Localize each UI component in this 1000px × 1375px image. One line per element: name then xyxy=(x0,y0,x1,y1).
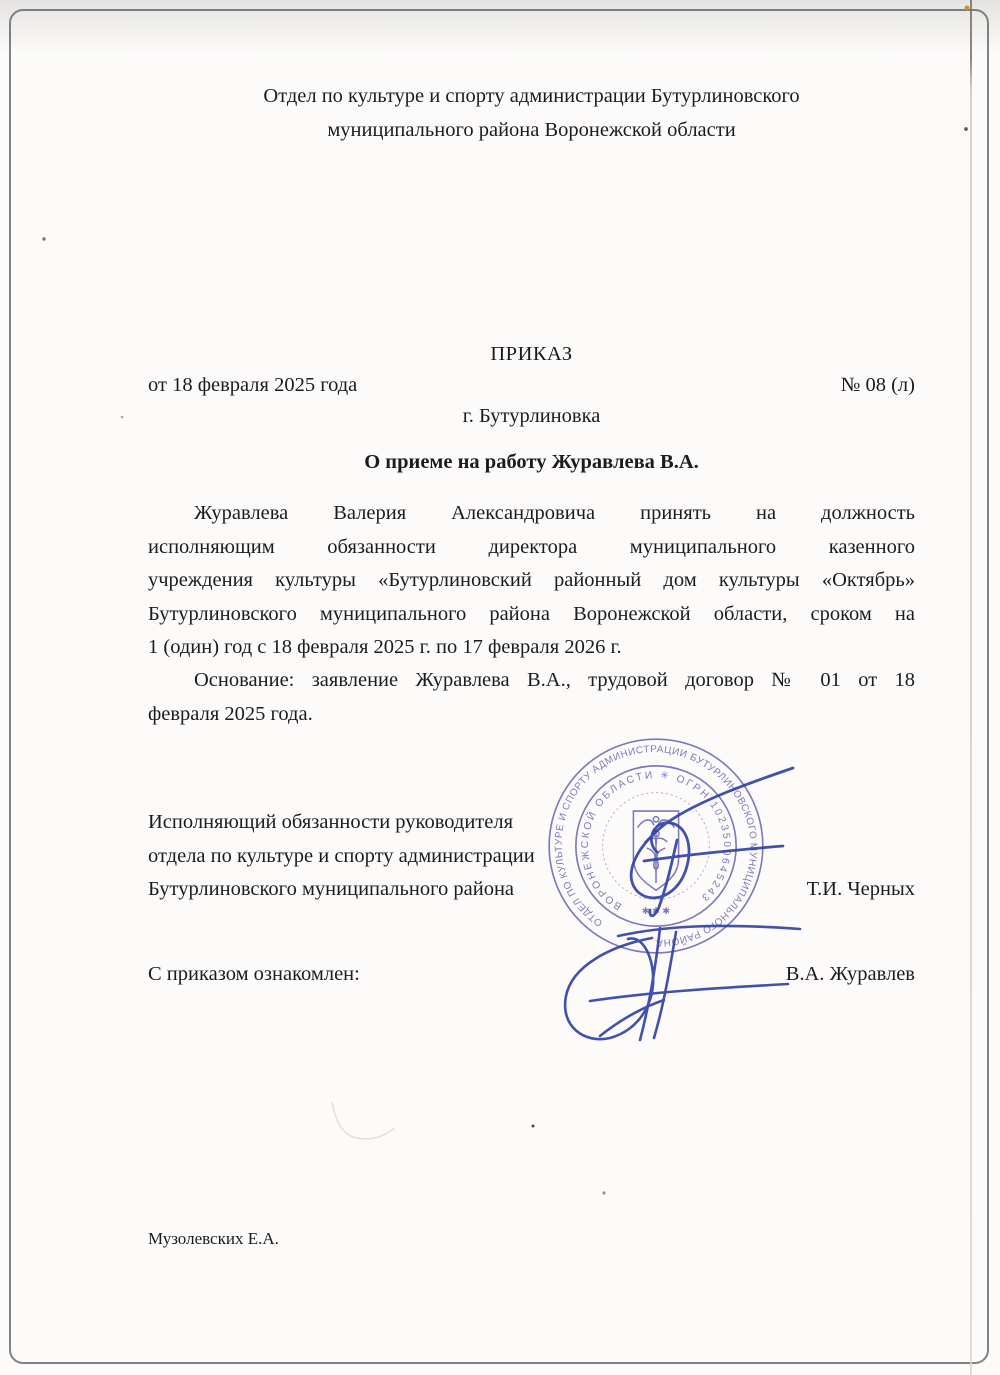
order-body-paragraph: Журавлева Валерия Александровича принять… xyxy=(148,497,915,665)
body-line: Основание: заявление Журавлева В.А., тру… xyxy=(148,664,915,698)
eagle-head-icon xyxy=(653,817,658,822)
body-line: 1 (один) год с 18 февраля 2025 г. по 17 … xyxy=(148,631,915,665)
scan-speck xyxy=(964,127,968,131)
caduceus-wings-icon xyxy=(645,838,668,844)
body-line: февраля 2025 года. xyxy=(148,698,915,732)
issuing-authority-line2: муниципального района Воронежской област… xyxy=(148,114,915,148)
acknowledged-by-name: В.А. Журавлев xyxy=(148,958,915,992)
executor-name: Музолевских Е.А. xyxy=(148,1222,915,1256)
eagle-wings-icon xyxy=(638,820,675,828)
signatory-name: Т.И. Черных xyxy=(148,873,915,907)
signatory-title-line1: Исполняющий обязанности руководителя xyxy=(148,806,628,840)
scanned-order-document: Отдел по культуре и спорту администрации… xyxy=(0,0,1000,1375)
document-type-title: ПРИКАЗ xyxy=(148,338,915,372)
scan-speck xyxy=(965,6,970,11)
body-line: исполняющим обязанности директора муници… xyxy=(148,531,915,565)
caduceus-knob-icon xyxy=(653,831,659,837)
scan-speck xyxy=(42,237,45,240)
order-city: г. Бутурлиновка xyxy=(148,400,915,434)
scan-edge-line xyxy=(970,0,972,1375)
order-number: № 08 (л) xyxy=(841,369,915,403)
order-subject: О приеме на работу Журавлева В.А. xyxy=(148,446,915,480)
issuing-authority-line1: Отдел по культуре и спорту администрации… xyxy=(148,80,915,114)
signatory-title-line2: отдела по культуре и спорту администраци… xyxy=(148,840,628,874)
stamp-stars: ✱ ✱ ✱ xyxy=(642,906,671,916)
faint-pencil-mark xyxy=(332,1102,394,1139)
body-line: учреждения культуры «Бутурлиновский райо… xyxy=(148,564,915,598)
order-basis-paragraph: Основание: заявление Журавлева В.А., тру… xyxy=(148,664,915,731)
order-meta-row: от 18 февраля 2025 года № 08 (л) xyxy=(148,369,915,403)
caduceus-snakes-icon xyxy=(647,848,665,870)
scan-shading xyxy=(0,0,1000,54)
scan-speck xyxy=(602,1191,605,1194)
body-line: Журавлева Валерия Александровича принять… xyxy=(148,497,915,531)
body-line: Бутурлиновского муниципального района Во… xyxy=(148,598,915,632)
scan-speck xyxy=(121,416,124,419)
order-date: от 18 февраля 2025 года xyxy=(148,369,357,403)
scan-speck xyxy=(532,1125,535,1128)
issuing-authority: Отдел по культуре и спорту администрации… xyxy=(148,80,915,147)
